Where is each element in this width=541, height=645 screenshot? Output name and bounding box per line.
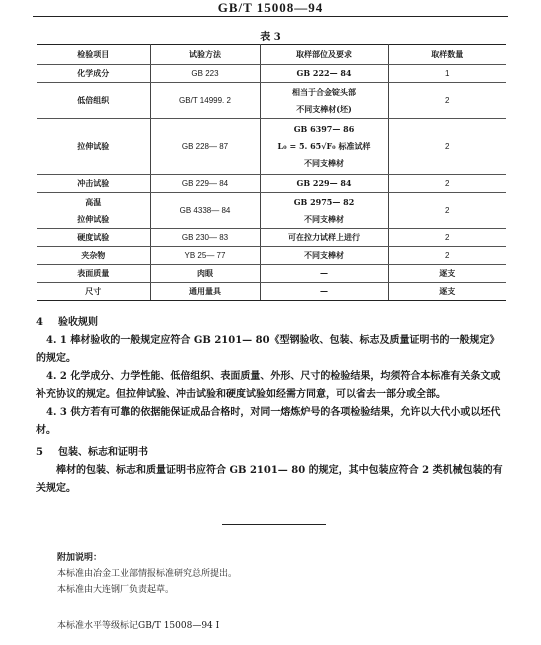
cell-quantity-line: 逐支 [389,265,507,282]
cell-method-line: GB 4338— 84 [151,202,260,219]
cell-quantity: 2 [388,193,506,229]
table-header-row: 检验项目 试验方法 取样部位及要求 取样数量 [37,45,506,65]
cell-location-line: GB 2975— 82 [261,194,388,211]
cell-location-line: 不同支棒材 [261,155,388,172]
cell-method: YB 25— 77 [150,247,260,265]
table-row: 化学成分GB 223GB 222— 841 [37,65,506,83]
notes-title: 附加说明： [57,550,237,566]
cell-method-line: 肉眼 [151,265,260,282]
cell-method-line: YB 25— 77 [151,247,260,264]
cell-location: GB 222— 84 [260,65,388,83]
table-caption: 表 3 [0,28,541,43]
cell-item: 低倍组织 [37,83,150,119]
cell-location-line: 不同支棒材 [261,247,388,264]
cell-method-line: GB 223 [151,65,260,82]
section-packaging: 5包装、标志和证明书 棒材的包装、标志和质量证明书应符合 GB 2101— 80… [36,444,506,498]
table-row: 高温拉伸试验GB 4338— 84GB 2975— 82不同支棒材2 [37,193,506,229]
cell-location: 可在拉力试样上进行 [260,229,388,247]
cell-item-line: 冲击试验 [37,175,150,192]
section-number: 5 [36,444,58,462]
notes-line: 本标准由冶金工业部情报标准研究总所提出。 [57,566,237,582]
grade-mark: 本标准水平等级标记GB/T 15008—94 I [57,618,219,631]
cell-item: 夹杂物 [37,247,150,265]
section-number: 4 [36,314,58,332]
cell-item-line: 拉伸试验 [37,138,150,155]
paragraph-4-3: 4. 3 供方若有可靠的依据能保证成品合格时，对同一熔炼炉号的各项检验结果，允许… [36,404,506,440]
section-title-text: 包装、标志和证明书 [58,447,148,458]
cell-location-line: 可在拉力试样上进行 [261,229,388,246]
table-row: 表面质量肉眼—逐支 [37,265,506,283]
cell-item: 冲击试验 [37,175,150,193]
column-header-location: 取样部位及要求 [260,45,388,65]
cell-method-line: GB 230— 83 [151,229,260,246]
standard-code-header: GB/T 15008—94 [0,0,541,16]
paragraph-5: 棒材的包装、标志和质量证明书应符合 GB 2101— 80 的规定，其中包装应符… [36,462,506,498]
cell-item-line: 化学成分 [37,65,150,82]
cell-location-line: GB 222— 84 [261,65,388,82]
end-rule [222,524,326,525]
cell-item-line: 拉伸试验 [37,211,150,228]
cell-item-line: 尺寸 [37,283,150,300]
cell-location: GB 6397— 86L₀ = 5. 65√F₀ 标准试样不同支棒材 [260,119,388,175]
cell-quantity-line: 1 [389,65,507,82]
table-row: 拉伸试验GB 228— 87GB 6397— 86L₀ = 5. 65√F₀ 标… [37,119,506,175]
cell-method: GB 4338— 84 [150,193,260,229]
cell-quantity: 逐支 [388,283,506,301]
column-header-quantity: 取样数量 [388,45,506,65]
table-body: 化学成分GB 223GB 222— 841低倍组织GB/T 14999. 2相当… [37,65,506,301]
table-row: 尺寸通用量具—逐支 [37,283,506,301]
section-acceptance-rules: 4验收规则 4. 1 棒材验收的一般规定应符合 GB 2101— 80《型钢验收… [36,314,506,440]
cell-quantity-line: 逐支 [389,283,507,300]
cell-quantity-line: 2 [389,92,507,109]
table-row: 硬度试验GB 230— 83可在拉力试样上进行2 [37,229,506,247]
cell-quantity: 1 [388,65,506,83]
cell-item-line: 表面质量 [37,265,150,282]
cell-quantity: 2 [388,229,506,247]
cell-location: 不同支棒材 [260,247,388,265]
cell-location-line: GB 229— 84 [261,175,388,192]
header-rule [33,16,508,17]
additional-notes: 附加说明： 本标准由冶金工业部情报标准研究总所提出。 本标准由大连钢厂负责起草。 [57,550,237,598]
table-row: 夹杂物YB 25— 77不同支棒材2 [37,247,506,265]
cell-item: 尺寸 [37,283,150,301]
cell-quantity: 2 [388,119,506,175]
paragraph-4-1: 4. 1 棒材验收的一般规定应符合 GB 2101— 80《型钢验收、包装、标志… [36,332,506,368]
cell-method: GB 229— 84 [150,175,260,193]
cell-item-line: 低倍组织 [37,92,150,109]
cell-location: GB 2975— 82不同支棒材 [260,193,388,229]
cell-location-line: 不同支棒材 [261,211,388,228]
cell-method: GB 230— 83 [150,229,260,247]
cell-location: — [260,283,388,301]
section-title: 5包装、标志和证明书 [36,444,506,462]
cell-item: 化学成分 [37,65,150,83]
cell-method: GB/T 14999. 2 [150,83,260,119]
cell-quantity-line: 2 [389,138,507,155]
cell-method-line: GB/T 14999. 2 [151,92,260,109]
cell-method: 肉眼 [150,265,260,283]
cell-method-line: 通用量具 [151,283,260,300]
table-row: 低倍组织GB/T 14999. 2相当于合金锭头部不同支棒材(坯)2 [37,83,506,119]
cell-quantity-line: 2 [389,202,507,219]
column-header-method: 试验方法 [150,45,260,65]
cell-quantity-line: 2 [389,175,507,192]
section-title: 4验收规则 [36,314,506,332]
paragraph-4-2: 4. 2 化学成分、力学性能、低倍组织、表面质量、外形、尺寸的检验结果，均须符合… [36,368,506,404]
cell-item-line: 硬度试验 [37,229,150,246]
cell-location-line: — [261,265,388,282]
cell-location-line: — [261,283,388,300]
column-header-item: 检验项目 [37,45,150,65]
cell-quantity: 2 [388,247,506,265]
cell-location-line: 不同支棒材(坯) [261,101,388,118]
cell-item: 硬度试验 [37,229,150,247]
cell-method: 通用量具 [150,283,260,301]
cell-method: GB 223 [150,65,260,83]
cell-location: 相当于合金锭头部不同支棒材(坯) [260,83,388,119]
cell-location: — [260,265,388,283]
cell-location-line: 相当于合金锭头部 [261,84,388,101]
cell-method-line: GB 228— 87 [151,138,260,155]
inspection-table: 检验项目 试验方法 取样部位及要求 取样数量 化学成分GB 223GB 222—… [37,44,506,301]
cell-location: GB 229— 84 [260,175,388,193]
cell-item: 表面质量 [37,265,150,283]
cell-location-line: GB 6397— 86 [261,121,388,138]
cell-method-line: GB 229— 84 [151,175,260,192]
cell-quantity: 2 [388,83,506,119]
cell-item-line: 高温 [37,194,150,211]
cell-location-line: L₀ = 5. 65√F₀ 标准试样 [261,138,388,155]
cell-item: 拉伸试验 [37,119,150,175]
notes-line: 本标准由大连钢厂负责起草。 [57,582,237,598]
cell-item: 高温拉伸试验 [37,193,150,229]
table-row: 冲击试验GB 229— 84GB 229— 842 [37,175,506,193]
section-title-text: 验收规则 [58,317,98,328]
cell-quantity-line: 2 [389,247,507,264]
cell-item-line: 夹杂物 [37,247,150,264]
cell-quantity: 2 [388,175,506,193]
cell-method: GB 228— 87 [150,119,260,175]
cell-quantity-line: 2 [389,229,507,246]
cell-quantity: 逐支 [388,265,506,283]
